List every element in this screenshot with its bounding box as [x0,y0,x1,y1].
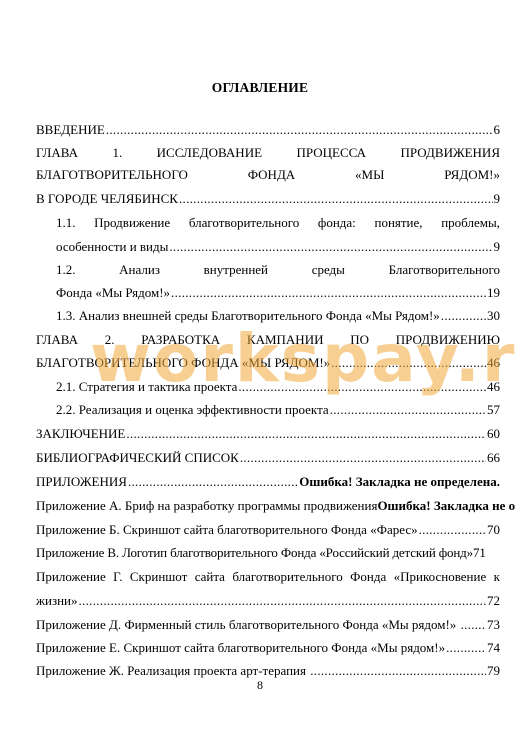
page-ref: 9 [494,188,501,210]
toc-word: ФОНДА [248,164,295,186]
toc-word: КАМПАНИИ [247,329,324,351]
leader-dots [419,519,486,541]
leader-dots [128,471,298,493]
toc-word: 1. [112,142,122,164]
toc-entry-chapter2-line2[interactable]: БЛАГОТВОРИТЕЛЬНОГО ФОНДА «МЫ РЯДОМ!»46 [36,352,500,374]
toc-word: понятие, [374,212,422,234]
page-ref: 19 [487,282,500,304]
toc-entry-section-1-2-line1[interactable]: 1.2.АнализвнутреннейсредыБлаготворительн… [56,259,500,281]
page-ref: 74 [487,637,500,659]
toc-entry-section-2-2[interactable]: 2.2. Реализация и оценка эффективности п… [56,399,500,421]
toc-word: ИССЛЕДОВАНИЕ [157,142,262,164]
toc-entry-chapter2-line1[interactable]: ГЛАВА2.РАЗРАБОТКАКАМПАНИИПОПРОДВИЖЕНИЮ [36,329,500,351]
toc-entry-appendix-e[interactable]: Приложение Е. Скриншот сайта благотворит… [36,637,500,659]
toc-word: РЯДОМ!» [444,164,500,186]
toc-entry-appendices[interactable]: ПРИЛОЖЕНИЯОшибка! Закладка не определена… [36,471,500,493]
toc-word: Г. [113,566,122,588]
toc-word: 1.2. [56,259,76,281]
toc-entry-bibliography[interactable]: БИБЛИОГРАФИЧЕСКИЙ СПИСОК66 [36,447,500,469]
leader-dots [461,614,486,636]
page-ref: 72 [487,590,500,612]
page-ref: 57 [487,399,500,421]
leader-dots [331,352,486,374]
leader-dots [240,447,486,469]
leader-dots [171,282,486,304]
toc-word: среды [312,259,345,281]
bookmark-error: Ошибка! Закладка не о [377,498,515,513]
toc-word: 1.1. [56,212,76,234]
toc-entry-section-2-1[interactable]: 2.1. Стратегия и тактика проекта46 [56,376,500,398]
page-ref: 60 [487,423,500,445]
toc-entry-appendix-g-line2[interactable]: жизни»72 [36,590,500,612]
page-title: ОГЛАВЛЕНИЕ [0,80,520,96]
toc-entry-conclusion[interactable]: ЗАКЛЮЧЕНИЕ60 [36,423,500,445]
page-ref: 9 [494,236,501,258]
toc-word: внутренней [204,259,268,281]
toc-word: Приложение [36,566,106,588]
toc-word: ГЛАВА [36,142,78,164]
toc-word: 2. [105,329,115,351]
toc-entry-section-1-1-line2[interactable]: особенности и виды9 [56,236,500,258]
toc-word: Скриншот [130,566,187,588]
page-ref: 6 [494,119,501,141]
toc-word: фонда: [318,212,356,234]
toc-entry-section-1-3[interactable]: 1.3. Анализ внешней среды Благотворитель… [56,305,500,327]
toc-entry-appendix-b[interactable]: Приложение Б. Скриншот сайта благотворит… [36,519,500,541]
toc-word: благотворительного [232,566,342,588]
page-ref: 66 [487,447,500,469]
toc-entry-section-1-1-line1[interactable]: 1.1.Продвижениеблаготворительногофонда:п… [56,212,500,234]
toc-entry-appendix-a[interactable]: Приложение А. Бриф на разработку програм… [36,495,520,517]
bookmark-error: Ошибка! Закладка не определена. [299,471,500,493]
toc-entry-chapter1-line2[interactable]: БЛАГОТВОРИТЕЛЬНОГОФОНДА«МЫРЯДОМ!» [36,164,500,186]
leader-dots [330,399,486,421]
toc-entry-appendix-v[interactable]: Приложение В. Логотип благотворительного… [36,542,500,564]
leader-dots [446,637,486,659]
toc-word: к [494,566,500,588]
leader-dots [441,305,486,327]
toc-entry-chapter1-line1[interactable]: ГЛАВА1.ИССЛЕДОВАНИЕПРОЦЕССАПРОДВИЖЕНИЯ [36,142,500,164]
toc-entry-section-1-2-line2[interactable]: Фонда «Мы Рядом!»19 [56,282,500,304]
toc-word: Продвижение [94,212,170,234]
toc-entry-appendix-g-line1[interactable]: ПриложениеГ.Скриншотсайтаблаготворительн… [36,566,500,588]
toc-word: Благотворительного [389,259,500,281]
leader-dots [126,423,486,445]
leader-dots [179,188,493,210]
toc-word: «МЫ [355,164,384,186]
leader-dots [169,236,492,258]
document-page: ОГЛАВЛЕНИЕ ВВЕДЕНИЕ6 ГЛАВА1.ИССЛЕДОВАНИЕ… [0,0,520,740]
page-ref: 73 [487,614,500,636]
toc-word: ПРОЦЕССА [296,142,366,164]
toc-word: ГЛАВА [36,329,78,351]
page-ref: 30 [487,305,500,327]
page-ref: 70 [487,519,500,541]
toc-word: ПО [350,329,369,351]
toc-word: сайта [195,566,225,588]
page-number: 8 [0,678,520,693]
page-ref: 46 [487,352,500,374]
leader-dots [106,119,493,141]
toc-entry-appendix-d[interactable]: Приложение Д. Фирменный стиль благотвори… [36,614,500,636]
toc-word: Фонда [350,566,386,588]
toc-word: Анализ [119,259,160,281]
toc-word: благотворительного [189,212,299,234]
leader-dots [79,590,487,612]
leader-dots [238,376,486,398]
toc-entry-intro[interactable]: ВВЕДЕНИЕ6 [36,119,500,141]
toc-word: «Прикосновение [394,566,487,588]
toc-word: ПРОДВИЖЕНИЯ [401,142,500,164]
toc-word: РАЗРАБОТКА [141,329,220,351]
toc-entry-chapter1-line3[interactable]: В ГОРОДЕ ЧЕЛЯБИНСК9 [36,188,500,210]
toc-word: проблемы, [441,212,500,234]
page-ref: 71 [473,542,486,564]
page-ref: 46 [487,376,500,398]
toc-word: БЛАГОТВОРИТЕЛЬНОГО [36,164,188,186]
toc-word: ПРОДВИЖЕНИЮ [396,329,500,351]
